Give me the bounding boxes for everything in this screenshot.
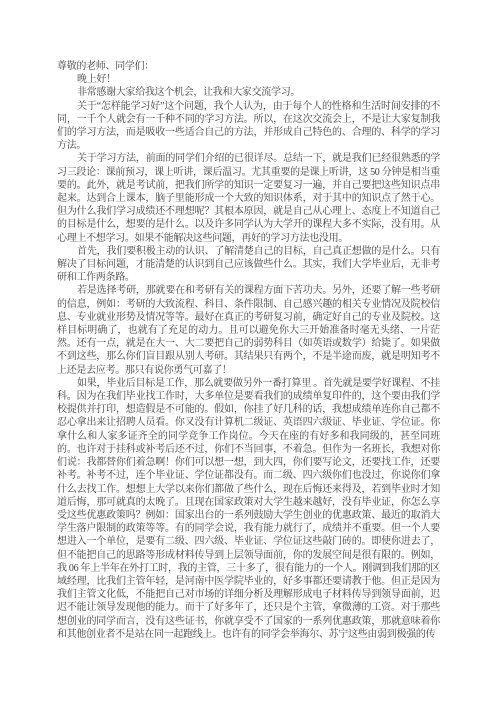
salutation: 尊敬的老师、同学们： [57, 60, 440, 73]
paragraph-container: 晚上好！非常感谢大家给我这个机会，让我和大家交流学习。关于“怎样能学习好”这个问… [57, 73, 440, 641]
paragraph: 如果，毕业后目标是工作，那么就要做另外一番打算里 。首先就是要学好课程、不挂科。… [57, 377, 440, 641]
paragraph: 晚上好！ [57, 73, 440, 86]
document-body: 尊敬的老师、同学们： 晚上好！非常感谢大家给我这个机会，让我和大家交流学习。关于… [57, 60, 440, 641]
paragraph: 关于学习方法，前面的同学们介绍的已很详尽。总结一下，就是我们已经很熟悉的学习三段… [57, 152, 440, 244]
paragraph: 非常感谢大家给我这个机会，让我和大家交流学习。 [57, 86, 440, 99]
paragraph: 若是选择考研，那就要在和考研有关的课程方面下苦功夫。另外，还要了解一些考研的信息… [57, 284, 440, 376]
paragraph: 首先，我们要积极主动的认识、了解清楚自己的目标，自己真正想做的是什么。只有解决了… [57, 245, 440, 285]
document-page: 尊敬的老师、同学们： 晚上好！非常感谢大家给我这个机会，让我和大家交流学习。关于… [0, 0, 500, 707]
paragraph: 关于“怎样能学习好”这个问题，我个人认为，由于每个人的性格和生活时间安排的不同，… [57, 100, 440, 153]
